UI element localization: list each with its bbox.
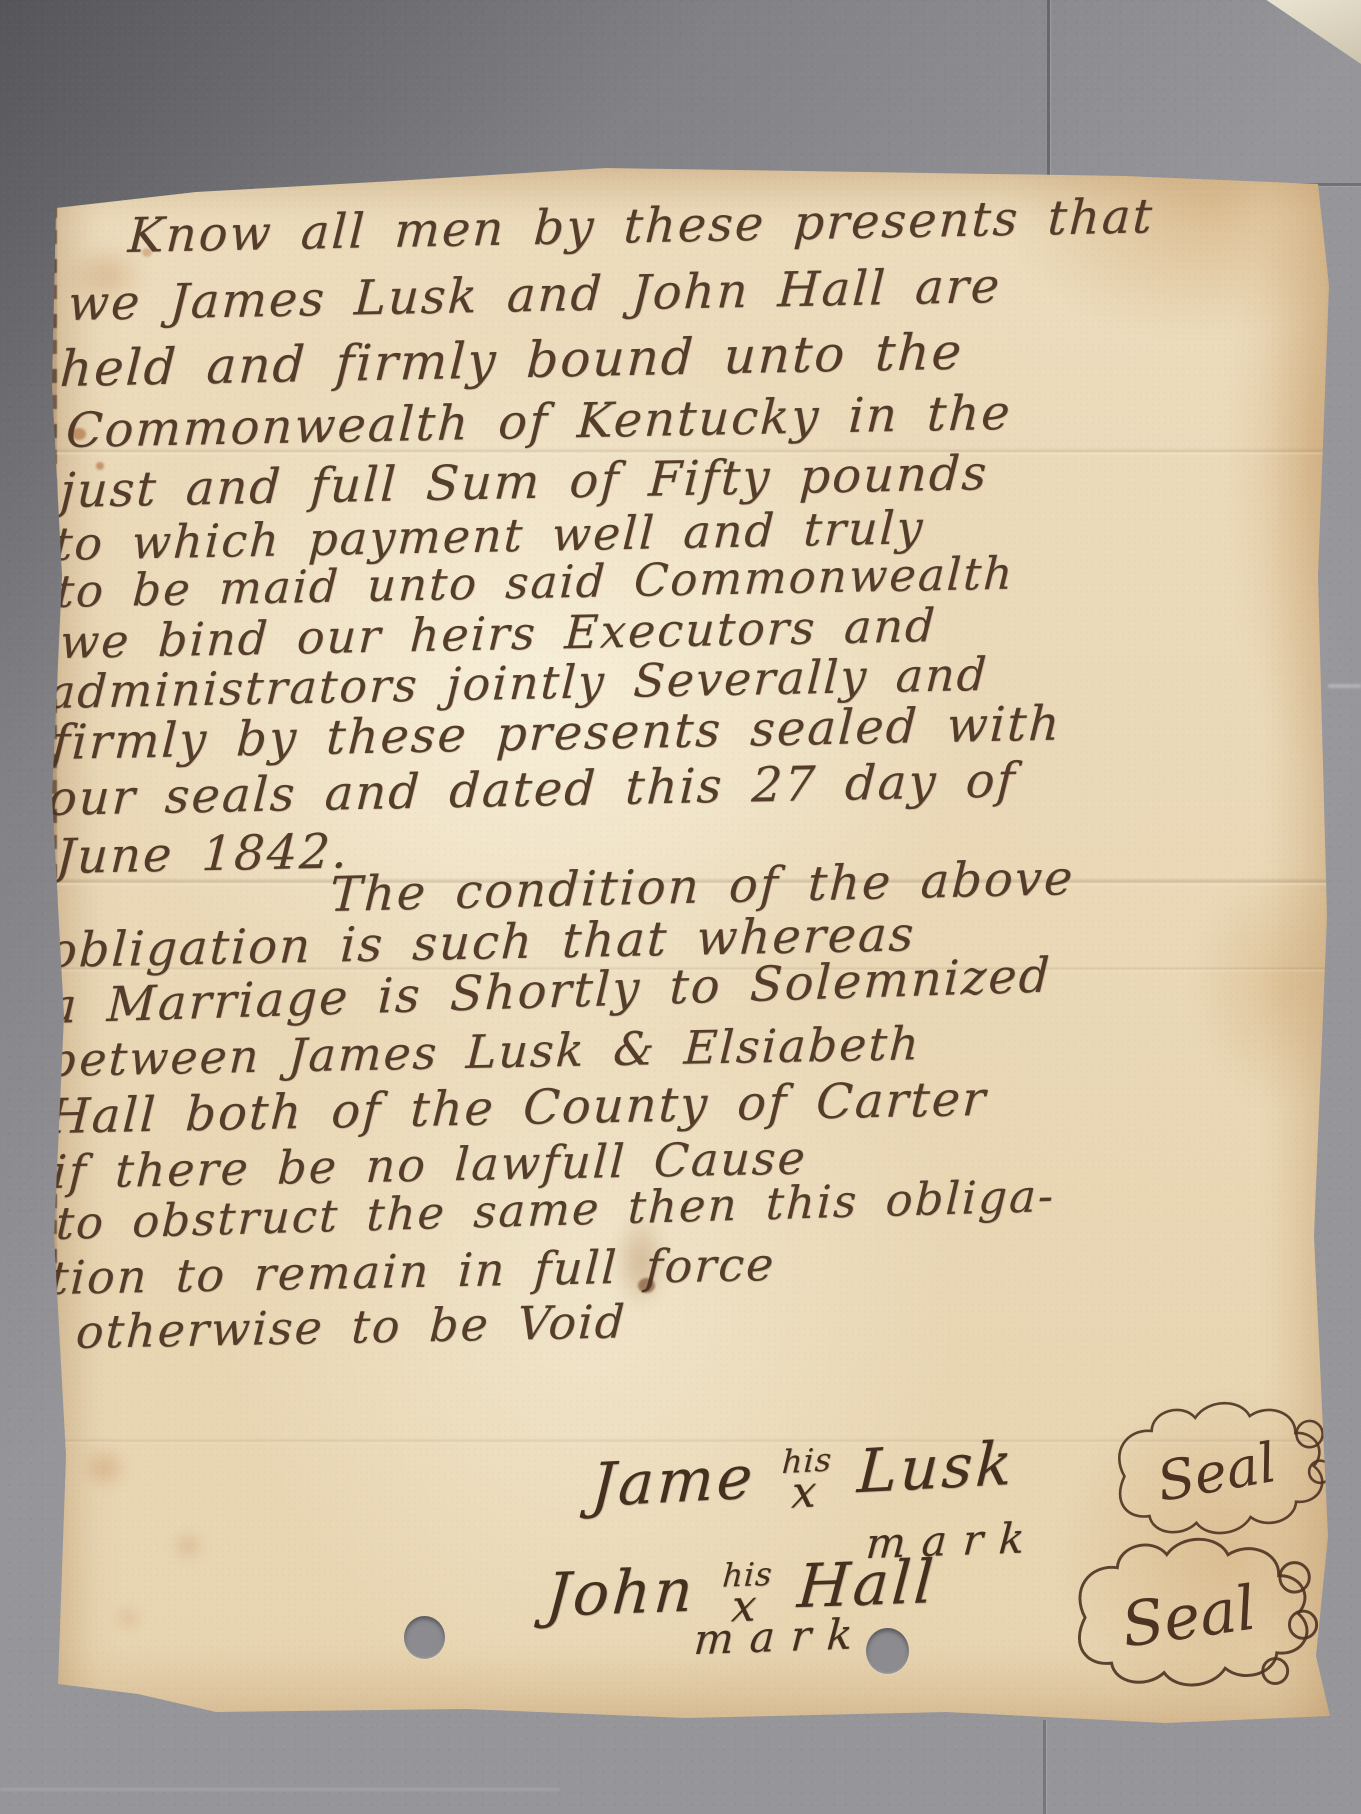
photo-canvas: Know all men by these presents that we J…: [0, 0, 1361, 1814]
seal-flourish-hall: Seal: [1048, 1523, 1326, 1704]
punch-hole-right: [866, 1628, 909, 1674]
table-grout-line-vertical-bottom: [1043, 1720, 1046, 1814]
signature-mark-stack: his x: [779, 1448, 832, 1512]
table-grout-line-vertical-top: [1047, 0, 1050, 186]
handwriting-line: otherwise to be Void: [75, 1294, 628, 1359]
signature-surname: Lusk: [856, 1429, 1017, 1508]
signature-cross-mark: x: [791, 1474, 821, 1511]
table-grout-line-bottom-left: [0, 1788, 560, 1791]
seal-text: Seal: [1152, 1430, 1281, 1514]
signature-mark-label: mark: [692, 1609, 870, 1664]
seal-swirl: [1289, 1611, 1317, 1639]
punch-hole-left: [404, 1616, 445, 1659]
table-grout-line-right-middle: [1328, 684, 1361, 688]
signature-given-name: John: [544, 1555, 698, 1630]
seal-text: Seal: [1117, 1573, 1260, 1662]
paper-document: Know all men by these presents that we J…: [46, 156, 1338, 1734]
signature-given-name: Jame: [589, 1442, 757, 1521]
handwriting-line: June 1842.: [55, 823, 351, 885]
